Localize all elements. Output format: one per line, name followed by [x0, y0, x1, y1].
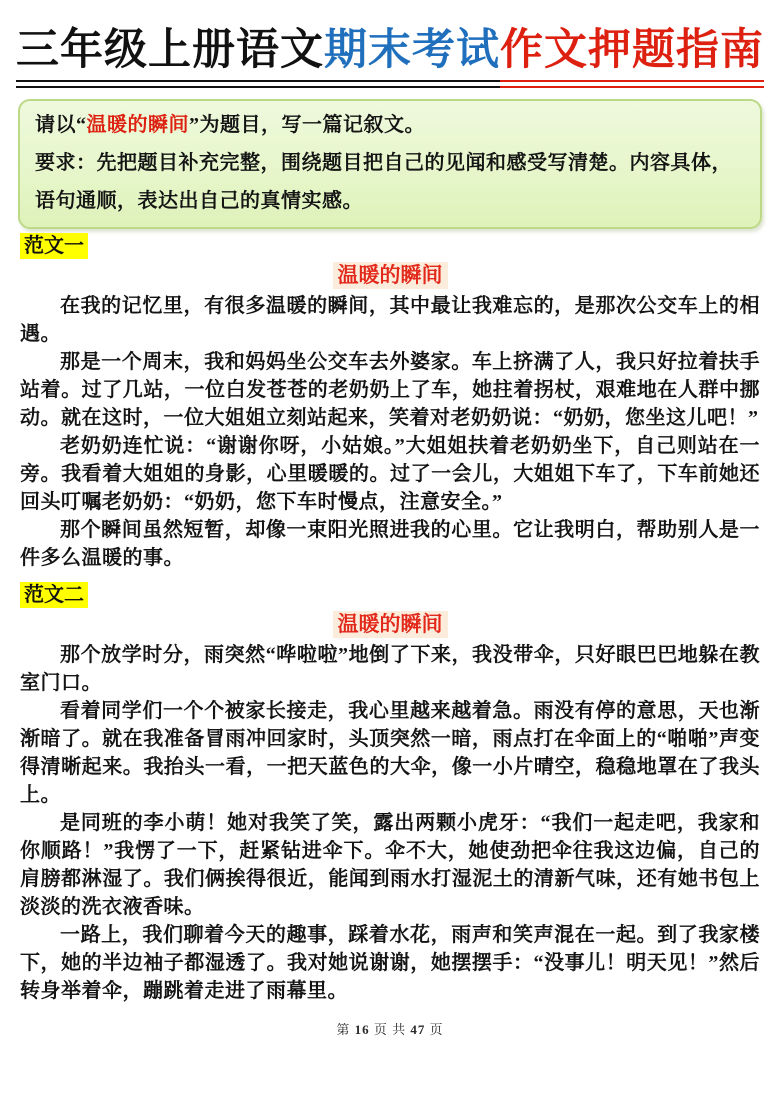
document-page: 三年级上册语文期末考试作文押题指南 请以“温暖的瞬间”为题目，写一篇记叙文。 要…	[0, 0, 780, 1103]
writing-prompt-box: 请以“温暖的瞬间”为题目，写一篇记叙文。 要求：先把题目补充完整，围绕题目把自己…	[18, 99, 762, 229]
footer-suffix: 页	[430, 1022, 444, 1037]
page-title-part-black: 三年级上册语文	[16, 27, 324, 74]
prompt-requirements-line: 要求：先把题目补充完整，围绕题目把自己的见闻和感受写清楚。内容具体，语句通顺，表…	[35, 144, 745, 220]
page-number-footer: 第 16 页 共 47 页	[20, 1021, 760, 1038]
essay2-paragraph-1: 那个放学时分，雨突然“哗啦啦”地倒了下来，我没带伞，只好眼巴巴地躲在教室门口。	[20, 641, 760, 697]
title-underline-red-segment	[500, 80, 764, 88]
footer-prefix: 第	[336, 1022, 350, 1037]
essay1-paragraph-4: 那个瞬间虽然短暂，却像一束阳光照进我的心里。它让我明白，帮助别人是一件多么温暖的…	[20, 516, 760, 572]
page-title-part-blue: 期末考试	[324, 27, 500, 74]
title-underline-black-segment	[16, 80, 500, 88]
essay1-title: 温暖的瞬间	[333, 262, 448, 289]
essay-section-1: 范文一 温暖的瞬间 在我的记忆里，有很多温暖的瞬间，其中最让我难忘的，是那次公交…	[20, 233, 760, 572]
essay1-label-row: 范文一	[20, 233, 760, 261]
prompt-topic-line: 请以“温暖的瞬间”为题目，写一篇记叙文。	[35, 106, 745, 144]
title-block: 三年级上册语文期末考试作文押题指南	[16, 24, 764, 88]
essay1-title-row: 温暖的瞬间	[20, 262, 760, 292]
essay1-label-badge: 范文一	[20, 233, 88, 259]
essay2-label-badge: 范文二	[20, 582, 88, 608]
essay2-label-row: 范文二	[20, 582, 760, 610]
footer-middle: 页 共	[374, 1022, 406, 1037]
title-double-underline	[16, 80, 764, 88]
essay2-paragraph-4: 一路上，我们聊着今天的趣事，踩着水花，雨声和笑声混在一起。到了我家楼下，她的半边…	[20, 921, 760, 1005]
prompt-topic-suffix: ”为题目，写一篇记叙文。	[189, 114, 425, 136]
essay2-paragraph-2: 看着同学们一个个被家长接走，我心里越来越着急。雨没有停的意思，天也渐渐暗了。就在…	[20, 697, 760, 809]
essay1-paragraph-1: 在我的记忆里，有很多温暖的瞬间，其中最让我难忘的，是那次公交车上的相遇。	[20, 292, 760, 348]
essay1-paragraph-2: 那是一个周末，我和妈妈坐公交车去外婆家。车上挤满了人，我只好拉着扶手站着。过了几…	[20, 348, 760, 432]
essay2-paragraph-3: 是同班的李小萌！她对我笑了笑，露出两颗小虎牙：“我们一起走吧，我家和你顺路！”我…	[20, 809, 760, 921]
page-content: 范文一 温暖的瞬间 在我的记忆里，有很多温暖的瞬间，其中最让我难忘的，是那次公交…	[0, 233, 780, 1038]
essay2-title: 温暖的瞬间	[333, 611, 448, 638]
essay2-title-row: 温暖的瞬间	[20, 611, 760, 641]
footer-total-pages: 47	[410, 1022, 425, 1037]
footer-current-page: 16	[355, 1022, 370, 1037]
prompt-topic-prefix: 请以“	[35, 114, 87, 136]
essay1-paragraph-3: 老奶奶连忙说：“谢谢你呀，小姑娘。”大姐姐扶着老奶奶坐下，自己则站在一旁。我看着…	[20, 432, 760, 516]
page-header: 三年级上册语文期末考试作文押题指南	[0, 24, 780, 93]
essay-section-2: 范文二 温暖的瞬间 那个放学时分，雨突然“哗啦啦”地倒了下来，我没带伞，只好眼巴…	[20, 582, 760, 1005]
page-title: 三年级上册语文期末考试作文押题指南	[16, 24, 764, 78]
page-title-part-red: 作文押题指南	[500, 27, 764, 74]
prompt-topic-highlight: 温暖的瞬间	[87, 114, 190, 136]
